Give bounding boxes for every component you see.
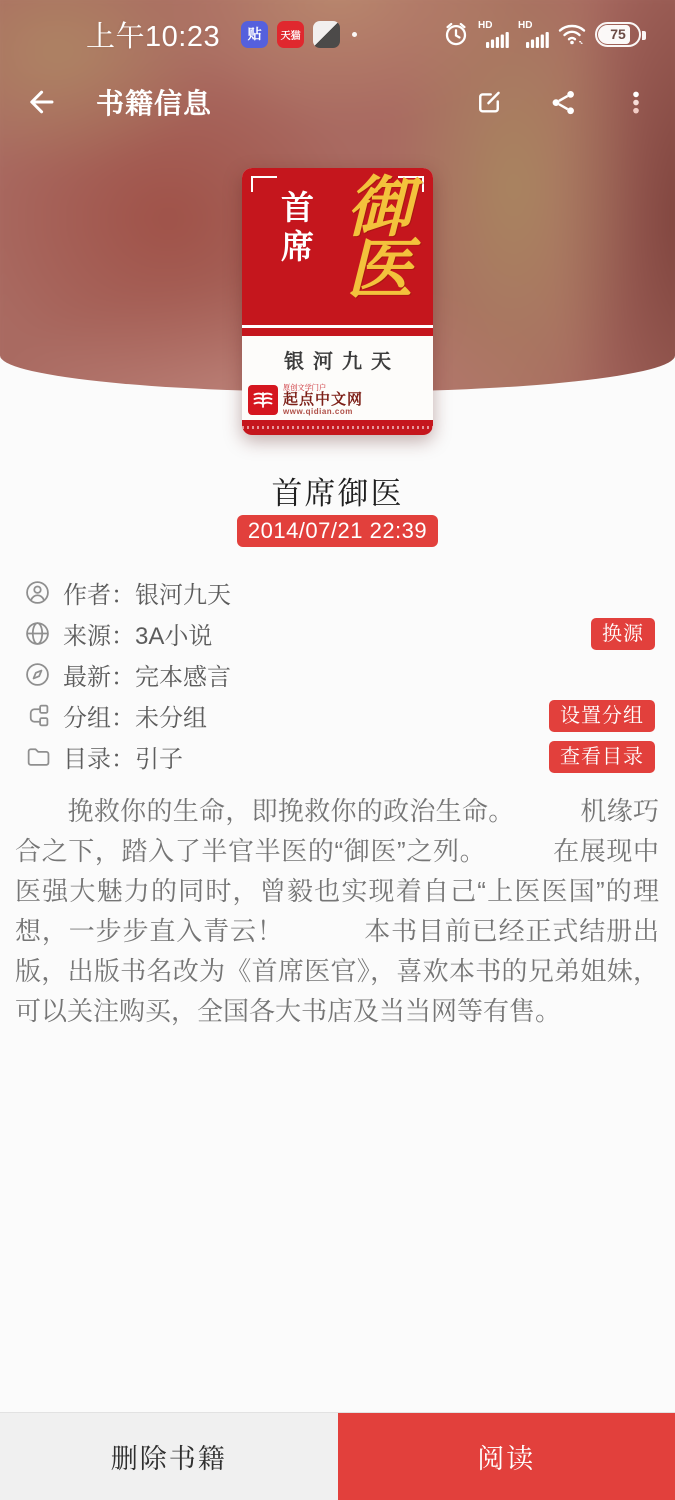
cover-title-part1: 首席 bbox=[272, 190, 319, 268]
app-bar: 书籍信息 bbox=[0, 70, 675, 134]
group-text: 分组：未分组 bbox=[63, 698, 207, 733]
delete-book-button[interactable]: 删除书籍 bbox=[0, 1413, 338, 1500]
author-row: 作者：银河九天 bbox=[25, 572, 655, 613]
share-button[interactable] bbox=[549, 88, 577, 116]
group-row: 分组：未分组 设置分组 bbox=[25, 695, 655, 736]
publisher-name: 起点中文网 bbox=[283, 392, 363, 408]
publisher-logo: 原创文学门户 起点中文网 www.qidian.com bbox=[248, 384, 433, 417]
edit-book-button[interactable] bbox=[475, 88, 503, 116]
share-icon bbox=[549, 88, 577, 116]
book-info-list: 作者：银河九天 来源：3A小说 换源 最新：完本感言 bbox=[25, 572, 655, 777]
notification-icons: 贴 天猫 bbox=[232, 21, 357, 48]
cover-title-part2: 御医 bbox=[341, 172, 407, 296]
read-button[interactable]: 阅读 bbox=[338, 1413, 675, 1500]
status-right-icons: HD HD bbox=[443, 21, 641, 48]
book-title: 首席御医 bbox=[0, 468, 675, 513]
more-vert-icon bbox=[623, 88, 649, 116]
cover-bottom-strip bbox=[242, 420, 433, 435]
latest-chapter-row: 最新：完本感言 bbox=[25, 654, 655, 695]
set-group-button[interactable]: 设置分组 bbox=[549, 700, 655, 732]
tmall-app-icon: 天猫 bbox=[277, 21, 304, 48]
book-info-screen: 上午10:23 贴 天猫 HD HD bbox=[0, 0, 675, 1500]
bottom-action-bar: 删除书籍 阅读 bbox=[0, 1412, 675, 1500]
cover-top-red: 首席 御医 bbox=[242, 168, 433, 325]
cell-signal-1-icon: HD bbox=[478, 21, 509, 48]
edit-icon bbox=[475, 88, 503, 116]
book-cover[interactable]: 首席 御医 银河九天 原创文学门户 bbox=[242, 168, 433, 435]
status-bar: 上午10:23 贴 天猫 HD HD bbox=[0, 0, 675, 58]
person-icon bbox=[25, 580, 50, 605]
change-source-button[interactable]: 换源 bbox=[591, 618, 655, 650]
view-toc-button[interactable]: 查看目录 bbox=[549, 741, 655, 773]
toc-text: 目录：引子 bbox=[63, 739, 183, 774]
back-button[interactable] bbox=[26, 87, 56, 117]
back-arrow-icon bbox=[26, 87, 56, 117]
group-icon bbox=[25, 703, 50, 728]
compass-icon bbox=[25, 662, 50, 687]
battery-icon: 75 bbox=[595, 22, 641, 47]
reader-app-icon bbox=[313, 21, 340, 48]
cover-author-name: 银河九天 bbox=[242, 345, 433, 374]
more-menu-button[interactable] bbox=[623, 88, 649, 116]
tieba-app-icon: 贴 bbox=[241, 21, 268, 48]
book-description: 挽救你的生命，即挽救你的政治生命。 机缘巧合之下，踏入了半官半医的“御医”之列。… bbox=[15, 791, 659, 1031]
cover-divider bbox=[242, 325, 433, 336]
qidian-logo-icon bbox=[248, 385, 278, 415]
page-title: 书籍信息 bbox=[96, 82, 212, 122]
cover-bottom-white: 银河九天 原创文学门户 起点中文网 www.qidian bbox=[242, 336, 433, 435]
folder-icon bbox=[25, 744, 50, 769]
update-time-row: 2014/07/21 22:39 bbox=[0, 515, 675, 547]
hd-label-1: HD bbox=[478, 21, 492, 31]
wifi-icon bbox=[558, 22, 586, 46]
alarm-icon bbox=[443, 21, 469, 47]
update-time-badge: 2014/07/21 22:39 bbox=[237, 515, 438, 547]
source-text: 来源：3A小说 bbox=[63, 616, 212, 651]
status-time: 上午10:23 bbox=[86, 14, 220, 55]
toc-row: 目录：引子 查看目录 bbox=[25, 736, 655, 777]
battery-percent: 75 bbox=[610, 26, 626, 42]
hd-label-2: HD bbox=[518, 21, 532, 31]
latest-chapter-text: 最新：完本感言 bbox=[63, 657, 231, 692]
publisher-text-block: 原创文学门户 起点中文网 www.qidian.com bbox=[283, 384, 363, 417]
source-row: 来源：3A小说 换源 bbox=[25, 613, 655, 654]
publisher-url: www.qidian.com bbox=[283, 408, 363, 416]
author-text: 作者：银河九天 bbox=[63, 575, 231, 610]
battery-nub bbox=[642, 31, 646, 40]
appbar-actions bbox=[475, 88, 649, 116]
cell-signal-2-icon: HD bbox=[518, 21, 549, 48]
more-notifications-dot bbox=[352, 32, 357, 37]
publisher-tagline: 原创文学门户 bbox=[283, 384, 355, 392]
globe-icon bbox=[25, 621, 50, 646]
